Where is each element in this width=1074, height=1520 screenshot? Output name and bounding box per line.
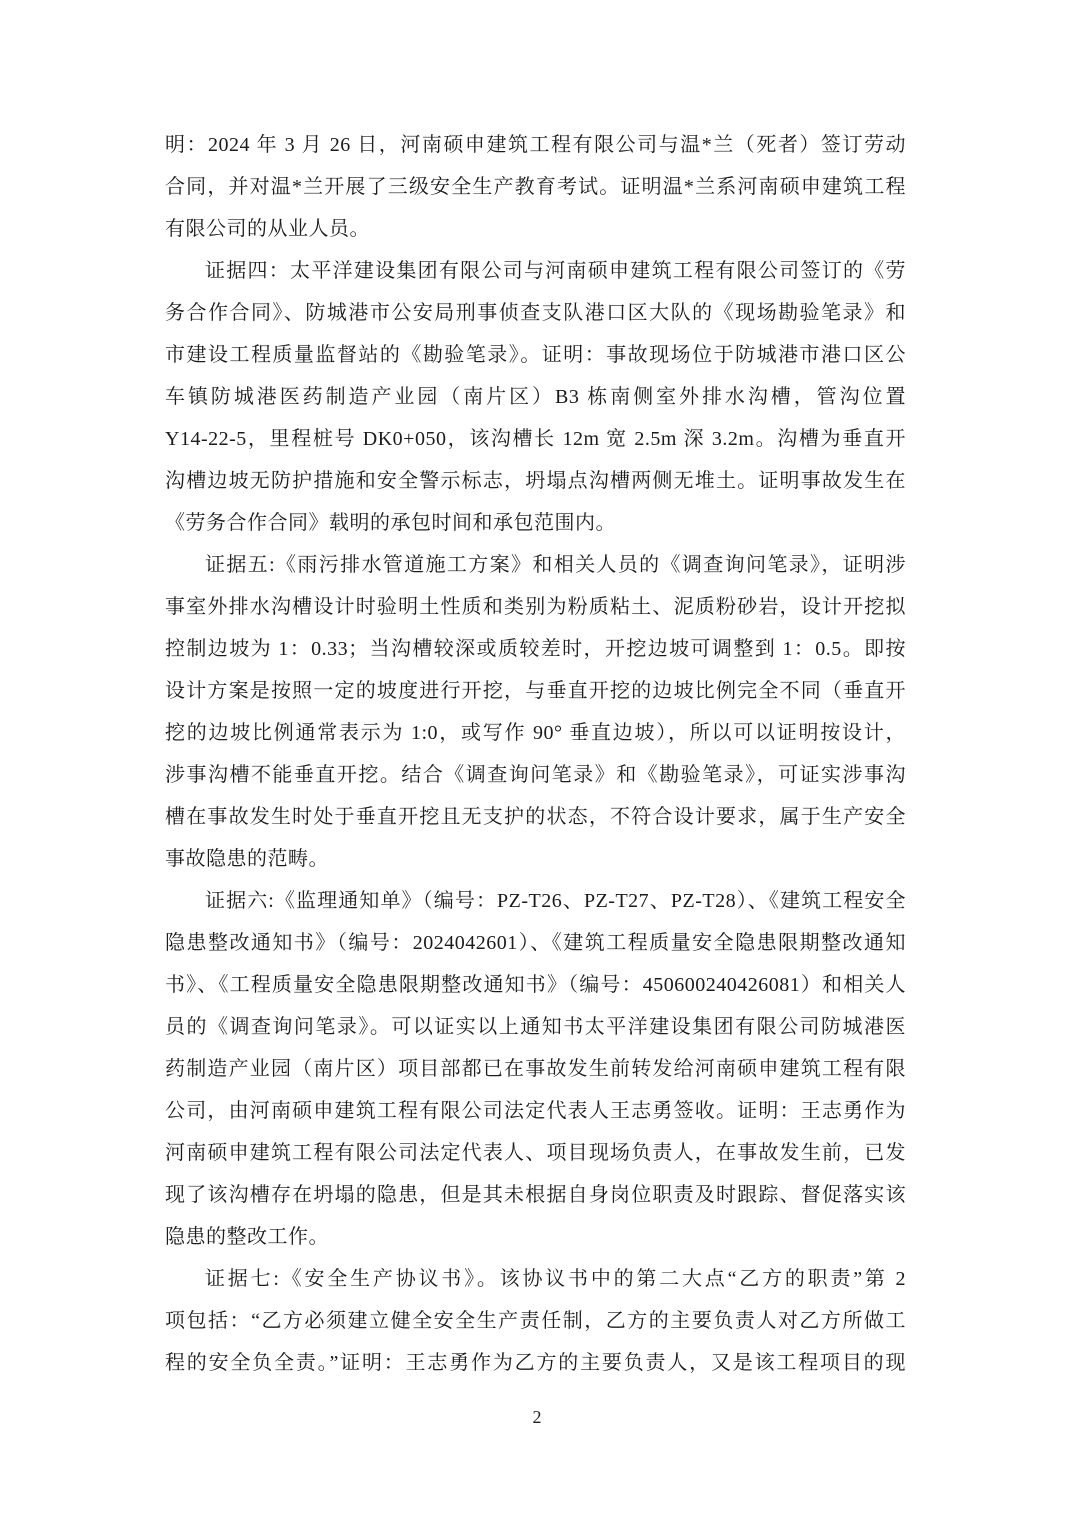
text-line: 涉事沟槽不能垂直开挖。结合《调查询问笔录》和《勘验笔录》，可证实涉事沟	[165, 754, 906, 796]
text-line: 有限公司的从业人员。	[165, 208, 906, 250]
paragraph-evidence-6: 证据六:《监理通知单》（编号：PZ-T26、PZ-T27、PZ-T28）、《建筑…	[165, 880, 906, 1258]
text-line: 员的《调查询问笔录》。可以证实以上通知书太平洋建设集团有限公司防城港医	[165, 1006, 906, 1048]
text-line: 证据七:《安全生产协议书》。该协议书中的第二大点“乙方的职责”第 2	[165, 1258, 906, 1300]
text-line: 挖的边坡比例通常表示为 1:0，或写作 90° 垂直边坡），所以可以证明按设计，	[165, 712, 906, 754]
paragraph-evidence-7: 证据七:《安全生产协议书》。该协议书中的第二大点“乙方的职责”第 2项包括：“乙…	[165, 1258, 906, 1384]
text-line: 项包括：“乙方必须建立健全安全生产责任制，乙方的主要负责人对乙方所做工	[165, 1300, 906, 1342]
page-footer: 2	[0, 1402, 1074, 1432]
text-line: 隐患的整改工作。	[165, 1216, 906, 1258]
text-line: 车镇防城港医药制造产业园（南片区）B3 栋南侧室外排水沟槽，管沟位置	[165, 376, 906, 418]
document-text: 明：2024 年 3 月 26 日，河南硕申建筑工程有限公司与温*兰（死者）签订…	[165, 124, 906, 1384]
text-line: 证据五:《雨污排水管道施工方案》和相关人员的《调查询问笔录》，证明涉	[165, 544, 906, 586]
text-line: 现了该沟槽存在坍塌的隐患，但是其未根据自身岗位职责及时跟踪、督促落实该	[165, 1174, 906, 1216]
text-line: 槽在事故发生时处于垂直开挖且无支护的状态，不符合设计要求，属于生产安全	[165, 796, 906, 838]
text-line: 沟槽边坡无防护措施和安全警示标志，坍塌点沟槽两侧无堆土。证明事故发生在	[165, 460, 906, 502]
text-line: Y14-22-5，里程桩号 DK0+050，该沟槽长 12m 宽 2.5m 深 …	[165, 418, 906, 460]
paragraph-evidence-5: 证据五:《雨污排水管道施工方案》和相关人员的《调查询问笔录》，证明涉事室外排水沟…	[165, 544, 906, 880]
document-page: 明：2024 年 3 月 26 日，河南硕申建筑工程有限公司与温*兰（死者）签订…	[0, 0, 1074, 1520]
text-line: 市建设工程质量监督站的《勘验笔录》。证明：事故现场位于防城港市港口区公	[165, 334, 906, 376]
text-line: 程的安全负全责。”证明：王志勇作为乙方的主要负责人，又是该工程项目的现	[165, 1342, 906, 1384]
text-line: 隐患整改通知书》（编号：2024042601）、《建筑工程质量安全隐患限期整改通…	[165, 922, 906, 964]
text-line: 《劳务合作合同》载明的承包时间和承包范围内。	[165, 502, 906, 544]
text-line: 明：2024 年 3 月 26 日，河南硕申建筑工程有限公司与温*兰（死者）签订…	[165, 124, 906, 166]
paragraph-evidence-3-continued: 明：2024 年 3 月 26 日，河南硕申建筑工程有限公司与温*兰（死者）签订…	[165, 124, 906, 250]
text-line: 药制造产业园（南片区）项目部都已在事故发生前转发给河南硕申建筑工程有限	[165, 1048, 906, 1090]
text-line: 书》、《工程质量安全隐患限期整改通知书》（编号：450600240426081）…	[165, 964, 906, 1006]
text-line: 事故隐患的范畴。	[165, 838, 906, 880]
text-line: 证据六:《监理通知单》（编号：PZ-T26、PZ-T27、PZ-T28）、《建筑…	[165, 880, 906, 922]
text-line: 事室外排水沟槽设计时验明土性质和类别为粉质粘土、泥质粉砂岩，设计开挖拟	[165, 586, 906, 628]
text-line: 务合作合同》、防城港市公安局刑事侦查支队港口区大队的《现场勘验笔录》和	[165, 292, 906, 334]
text-line: 河南硕申建筑工程有限公司法定代表人、项目现场负责人，在事故发生前，已发	[165, 1132, 906, 1174]
page-number: 2	[533, 1407, 542, 1427]
text-line: 证据四：太平洋建设集团有限公司与河南硕申建筑工程有限公司签订的《劳	[165, 250, 906, 292]
text-line: 公司，由河南硕申建筑工程有限公司法定代表人王志勇签收。证明：王志勇作为	[165, 1090, 906, 1132]
text-line: 设计方案是按照一定的坡度进行开挖，与垂直开挖的边坡比例完全不同（垂直开	[165, 670, 906, 712]
text-line: 合同，并对温*兰开展了三级安全生产教育考试。证明温*兰系河南硕申建筑工程	[165, 166, 906, 208]
paragraph-evidence-4: 证据四：太平洋建设集团有限公司与河南硕申建筑工程有限公司签订的《劳务合作合同》、…	[165, 250, 906, 544]
text-line: 控制边坡为 1：0.33；当沟槽较深或质较差时，开挖边坡可调整到 1：0.5。即…	[165, 628, 906, 670]
